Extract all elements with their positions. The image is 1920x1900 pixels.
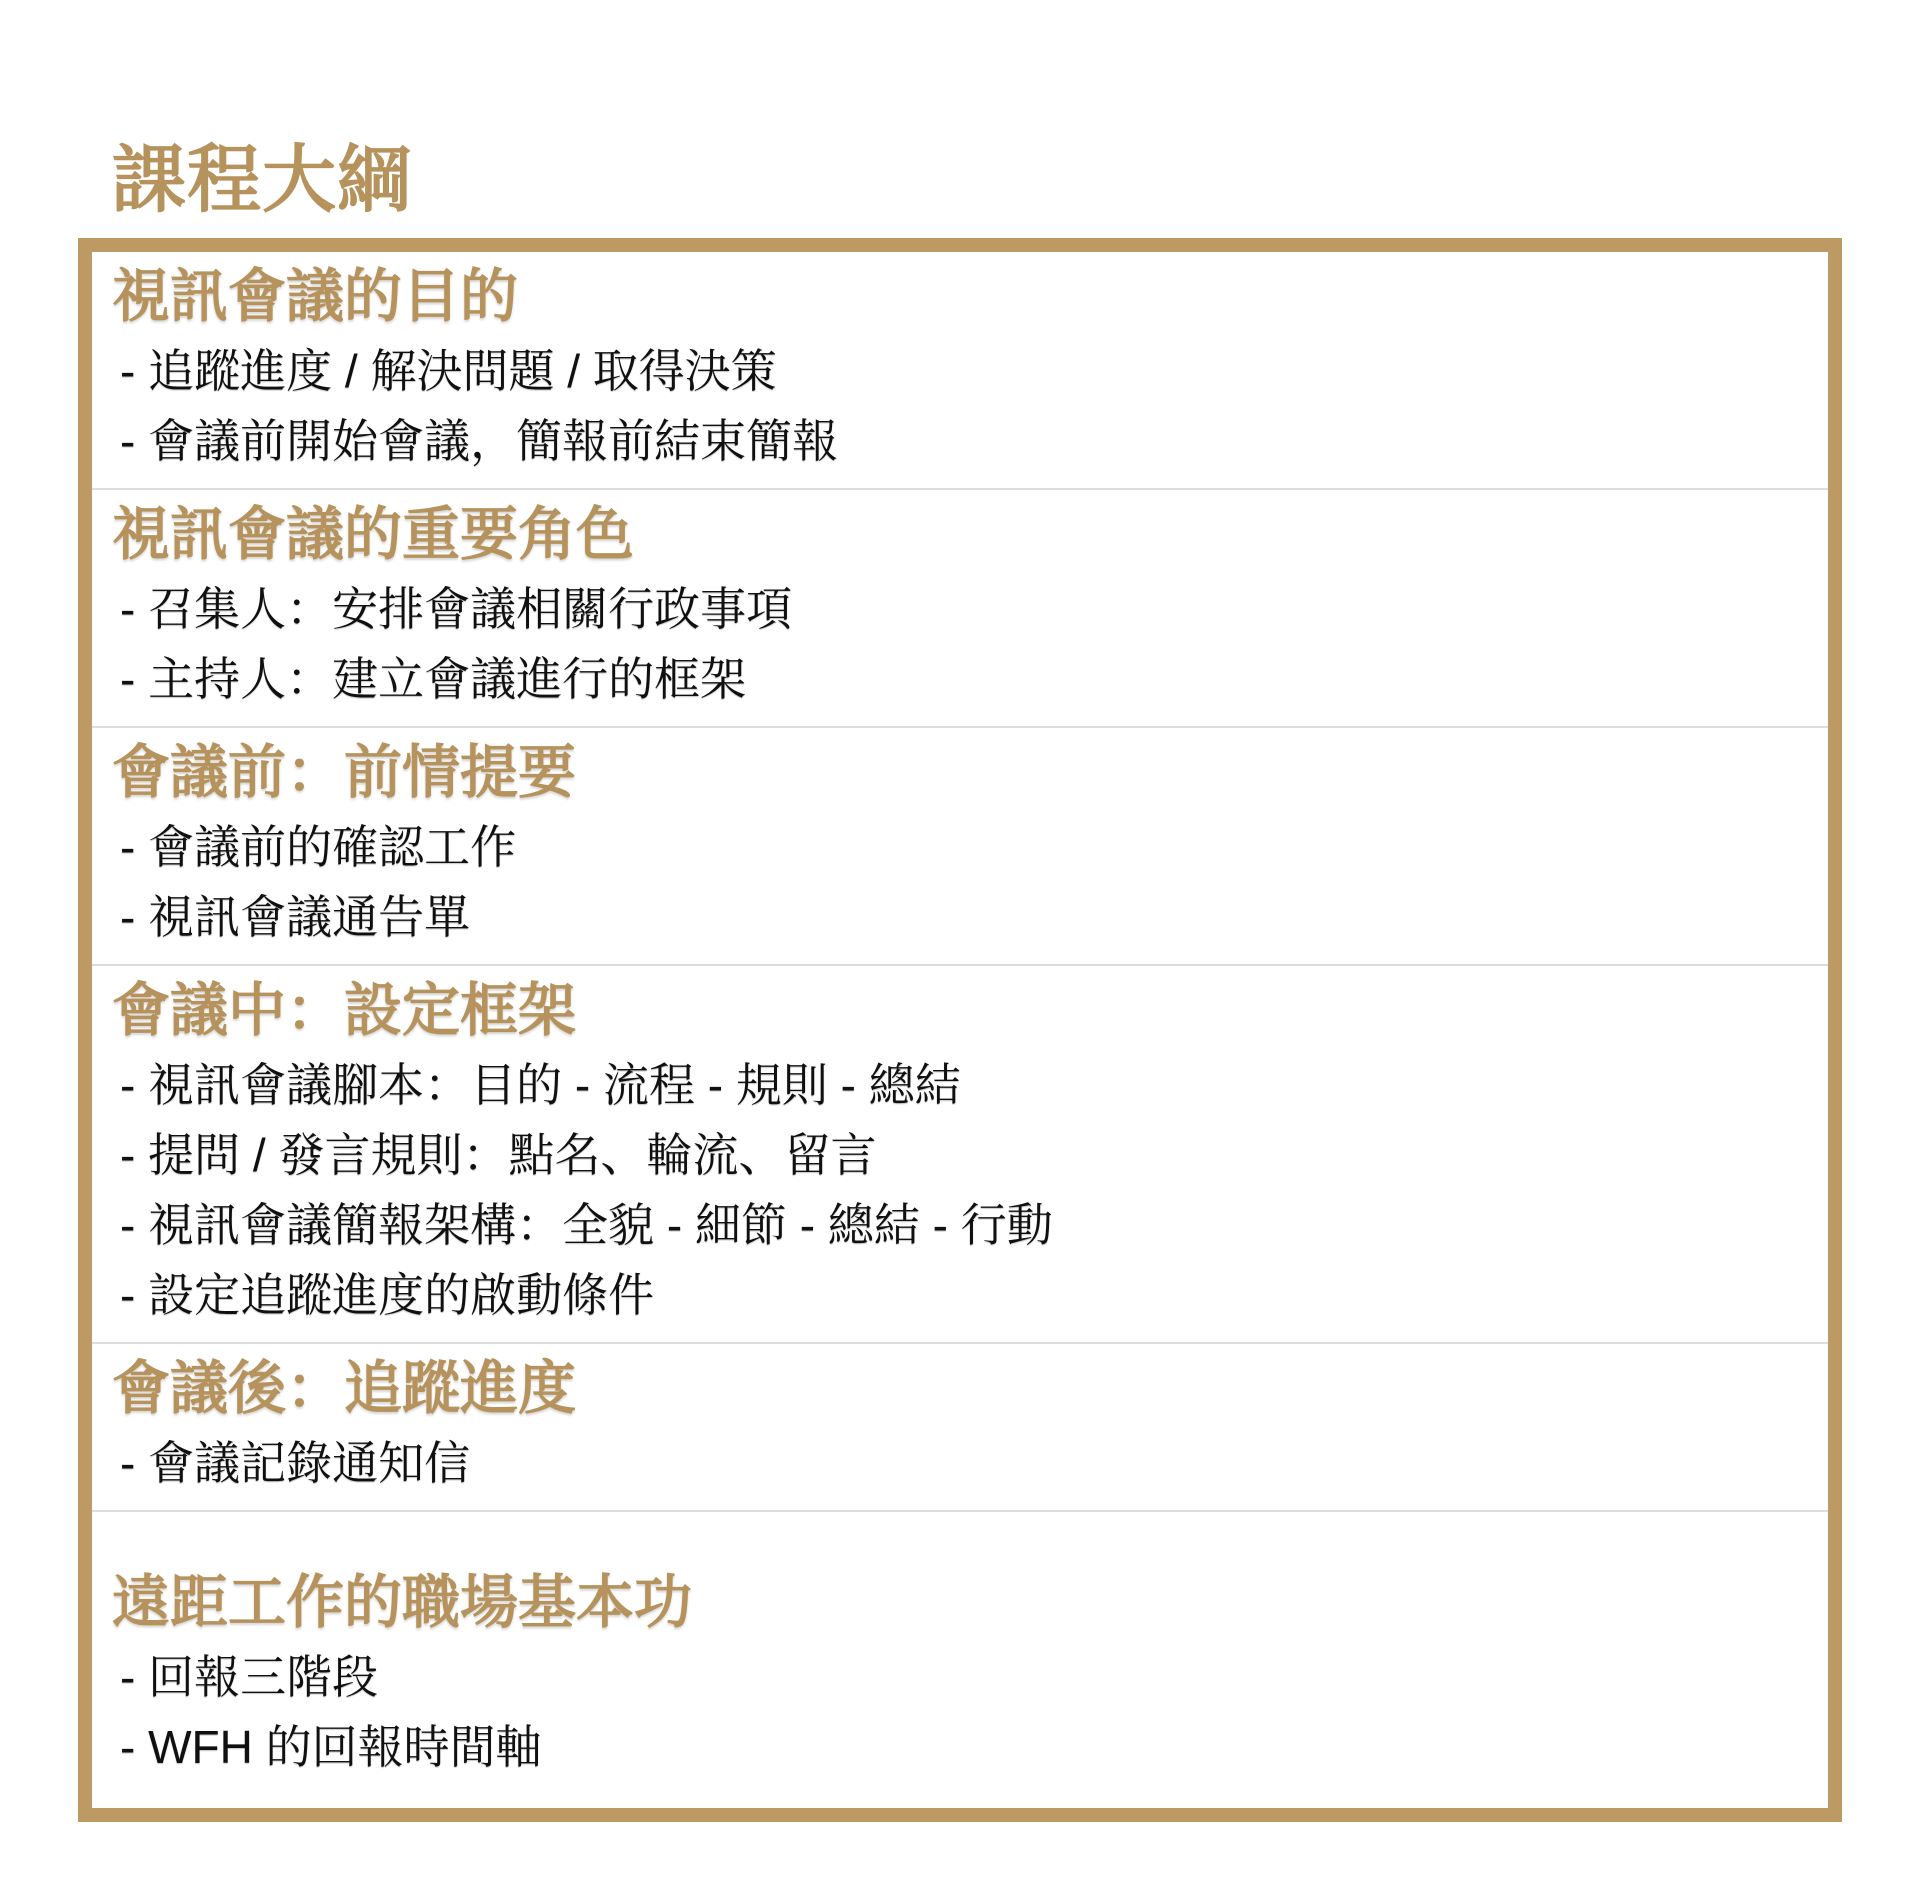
- section-heading: 遠距工作的職場基本功: [112, 1570, 1804, 1636]
- outline-item: - 視訊會議通告單: [112, 882, 1804, 952]
- outline-item: - 視訊會議簡報架構：全貌 - 細節 - 總結 - 行動: [112, 1190, 1804, 1260]
- section-heading: 視訊會議的目的: [112, 264, 1804, 330]
- outline-item: - WFH 的回報時間軸: [112, 1712, 1804, 1782]
- outline-box: 視訊會議的目的 - 追蹤進度 / 解決問題 / 取得決策 - 會議前開始會議，簡…: [78, 238, 1842, 1822]
- section-heading: 會議後：追蹤進度: [112, 1356, 1804, 1422]
- section-heading: 視訊會議的重要角色: [112, 502, 1804, 568]
- outline-item: - 視訊會議腳本：目的 - 流程 - 規則 - 總結: [112, 1050, 1804, 1120]
- outline-item: - 追蹤進度 / 解決問題 / 取得決策: [112, 336, 1804, 406]
- outline-item: - 設定追蹤進度的啟動條件: [112, 1260, 1804, 1330]
- outline-item: - 回報三階段: [112, 1642, 1804, 1712]
- section-heading: 會議前：前情提要: [112, 740, 1804, 806]
- outline-section-4: 會議中：設定框架 - 視訊會議腳本：目的 - 流程 - 規則 - 總結 - 提問…: [92, 966, 1828, 1344]
- outline-section-6: 遠距工作的職場基本功 - 回報三階段 - WFH 的回報時間軸: [92, 1512, 1828, 1794]
- outline-item: - 會議前的確認工作: [112, 812, 1804, 882]
- outline-item: - 會議前開始會議，簡報前結束簡報: [112, 406, 1804, 476]
- outline-item: - 會議記錄通知信: [112, 1428, 1804, 1498]
- outline-section-1: 視訊會議的目的 - 追蹤進度 / 解決問題 / 取得決策 - 會議前開始會議，簡…: [92, 252, 1828, 490]
- outline-section-2: 視訊會議的重要角色 - 召集人：安排會議相關行政事項 - 主持人：建立會議進行的…: [92, 490, 1828, 728]
- section-heading: 會議中：設定框架: [112, 978, 1804, 1044]
- outline-section-5: 會議後：追蹤進度 - 會議記錄通知信: [92, 1344, 1828, 1512]
- slide: 課程大綱 視訊會議的目的 - 追蹤進度 / 解決問題 / 取得決策 - 會議前開…: [0, 0, 1920, 1900]
- outline-item: - 召集人：安排會議相關行政事項: [112, 574, 1804, 644]
- page-title: 課程大綱: [112, 136, 412, 225]
- outline-section-3: 會議前：前情提要 - 會議前的確認工作 - 視訊會議通告單: [92, 728, 1828, 966]
- outline-item: - 主持人：建立會議進行的框架: [112, 644, 1804, 714]
- outline-item: - 提問 / 發言規則：點名、輪流、留言: [112, 1120, 1804, 1190]
